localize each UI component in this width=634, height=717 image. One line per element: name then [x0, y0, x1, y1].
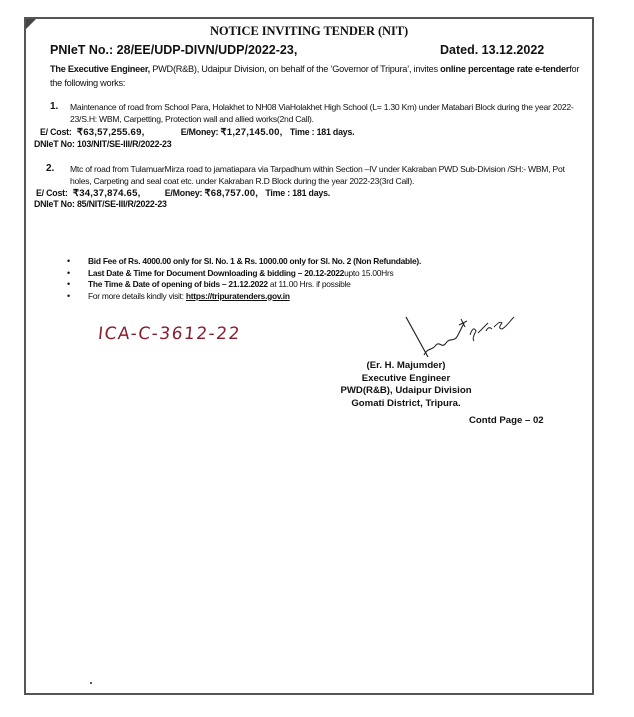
bullet-icon: •: [67, 291, 70, 303]
emoney-label: E/Money:: [181, 127, 219, 137]
bullet-icon: •: [67, 268, 70, 280]
opening-date-text: The Time & Date of opening of bids – 21.…: [88, 279, 268, 289]
tender-notice-page: NOTICE INVITING TENDER (NIT) PNIeT No.: …: [24, 17, 594, 695]
cost-value: ₹63,57,255.69,: [77, 127, 145, 138]
notice-date: Dated. 13.12.2022: [440, 43, 544, 57]
last-date-time: upto 15.00Hrs: [344, 268, 393, 278]
signatory-designation: Executive Engineer: [326, 373, 486, 386]
terms-list: • Bid Fee of Rs. 4000.00 only for Sl. No…: [88, 256, 421, 302]
intro-tender-type: online percentage rate e-tender: [440, 64, 569, 74]
time-value: 181 days.: [317, 127, 355, 137]
signatory-office: PWD(R&B), Udaipur Division: [326, 385, 486, 398]
signatory-district: Gomati District, Tripura.: [326, 398, 486, 411]
intro-paragraph: The Executive Engineer, PWD(R&B), Udaipu…: [50, 62, 580, 90]
work-cost-line: E/ Cost: ₹34,37,874.65, E/Money: ₹68,757…: [36, 188, 330, 199]
bullet-icon: •: [67, 279, 70, 291]
notice-title: NOTICE INVITING TENDER (NIT): [26, 24, 592, 39]
emoney-value: ₹1,27,145.00,: [221, 127, 283, 138]
opening-date-time: at 11.00 Hrs. if possible: [268, 279, 351, 289]
scan-speck: [90, 682, 92, 684]
continued-page-note: Contd Page – 02: [469, 415, 544, 426]
cost-label: E/ Cost:: [40, 127, 72, 137]
handwritten-reference-note: ICA-C-3612-22: [97, 324, 242, 344]
details-item: • For more details kindly visit: https:/…: [88, 291, 421, 303]
work-dniet: DNIeT No: 85/NIT/SE-III/R/2022-23: [34, 199, 167, 209]
work-number: 2.: [46, 163, 54, 174]
work-cost-line: E/ Cost: ₹63,57,255.69, E/Money: ₹1,27,1…: [40, 127, 354, 138]
tripuratenders-link[interactable]: https://tripuratenders.gov.in: [186, 291, 290, 301]
emoney-value: ₹68,757.00,: [205, 188, 259, 199]
work-description: Mtc of road from TulamuarMirza road to j…: [70, 163, 580, 187]
last-date-item: • Last Date & Time for Document Download…: [88, 268, 421, 280]
intro-body: PWD(R&B), Udaipur Division, on behalf of…: [150, 64, 440, 74]
signatory-name: (Er. H. Majumder): [326, 360, 486, 373]
bid-fee-text: Bid Fee of Rs. 4000.00 only for Sl. No. …: [88, 256, 421, 266]
work-number: 1.: [50, 101, 58, 112]
last-date-text: Last Date & Time for Document Downloadin…: [88, 268, 344, 278]
emoney-label: E/Money:: [165, 188, 203, 198]
opening-date-item: • The Time & Date of opening of bids – 2…: [88, 279, 421, 291]
work-description: Maintenance of road from School Para, Ho…: [70, 101, 580, 125]
details-text: For more details kindly visit:: [88, 291, 186, 301]
time-value: 181 days.: [292, 188, 330, 198]
time-label: Time :: [290, 127, 315, 137]
work-dniet: DNIeT No: 103/NIT/SE-III/R/2022-23: [34, 139, 171, 149]
intro-issuer: The Executive Engineer,: [50, 64, 150, 74]
cost-value: ₹34,37,874.65,: [73, 188, 141, 199]
signature-block: (Er. H. Majumder) Executive Engineer PWD…: [326, 360, 486, 410]
bid-fee-item: • Bid Fee of Rs. 4000.00 only for Sl. No…: [88, 256, 421, 268]
cost-label: E/ Cost:: [36, 188, 68, 198]
time-label: Time :: [265, 188, 290, 198]
bullet-icon: •: [67, 256, 70, 268]
pniet-number: PNIeT No.: 28/EE/UDP-DIVN/UDP/2022-23,: [50, 43, 297, 57]
